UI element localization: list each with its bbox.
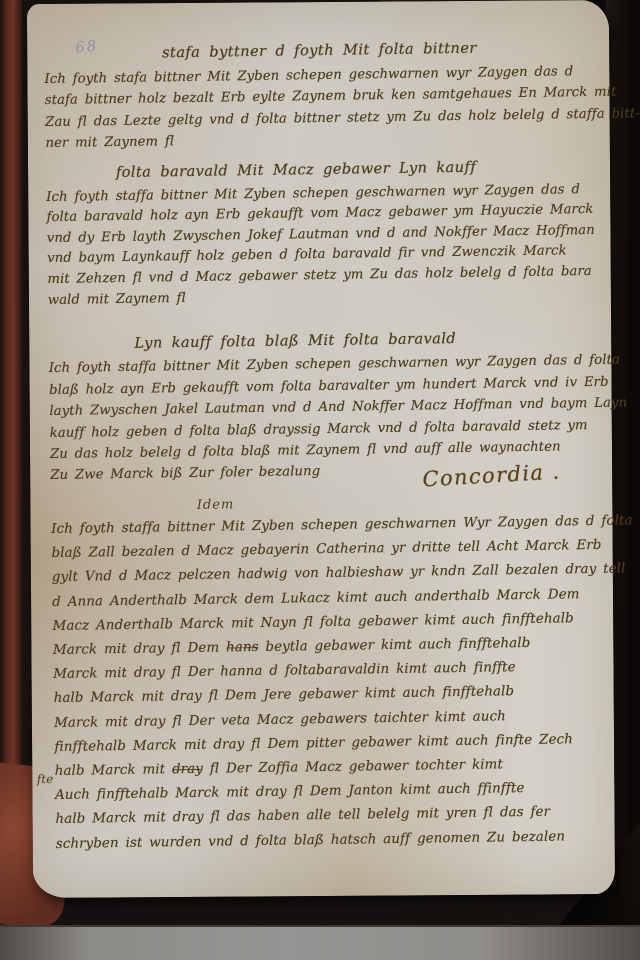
entry-folta-baravald: folta baravald Mit Macz gebawer Lyn kauf… [46,156,594,311]
entry-idem-payments: Ich foyth staffa bittner Mit Zyben schep… [51,510,602,857]
entry-heading: Lyn kauff folta blaß Mit folta baravald [134,326,594,354]
entry-stafa-bittner: stafa byttner d foyth Mit folta bittner … [44,36,592,155]
idem-annotation: Idem [197,497,235,513]
shelf-surface [0,925,640,960]
margin-note: fte [37,772,54,786]
entry-heading: folta baravald Mit Macz gebawer Lyn kauf… [116,156,592,184]
entry-heading: stafa byttner d foyth Mit folta bittner [162,36,590,64]
manuscript-photo: 68 stafa byttner d foyth Mit folta bittn… [0,0,640,960]
handwritten-ink-layer: stafa byttner d foyth Mit folta bittner … [23,0,618,900]
manuscript-page: 68 stafa byttner d foyth Mit folta bittn… [27,0,615,898]
